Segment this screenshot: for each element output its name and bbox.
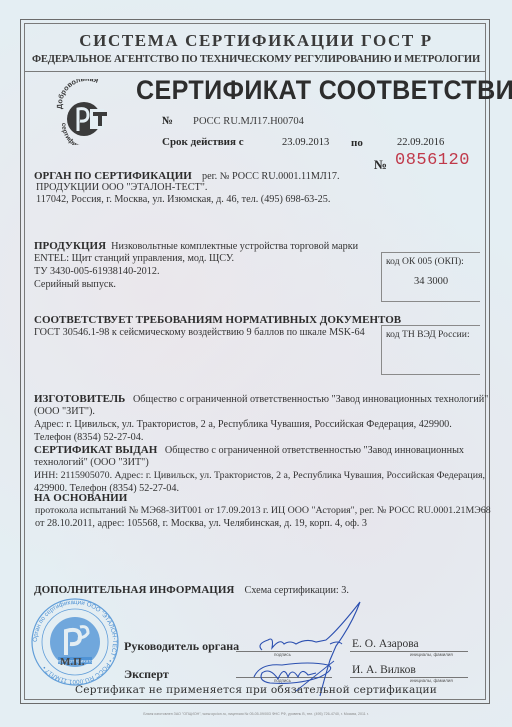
certification-body-reg: рег. № РОСС RU.0001.11МЛ17. — [202, 171, 340, 182]
rst-logo-icon: Добровольная сертификация — [54, 79, 120, 145]
certification-stamp-icon: Орган по сертификации ООО "ЭТАЛОН-ТЕСТ" … — [30, 597, 120, 687]
issued-to-line-2: технологий" (ООО "ЗИТ") — [34, 457, 149, 469]
system-title: СИСТЕМА СЕРТИФИКАЦИИ ГОСТ Р — [0, 31, 512, 51]
cert-number-label: № — [162, 115, 173, 127]
serial-label: № — [374, 157, 387, 173]
basis-line-1: протокола испытаний № МЭ68-ЗИТ001 от 17.… — [35, 505, 491, 517]
header-divider — [24, 71, 486, 72]
okp-code-box: код ОК 005 (ОКП): 34 3000 — [381, 252, 480, 302]
disclaimer-text: Сертификат не применяется при обязательн… — [0, 684, 512, 696]
serial-number: 0856120 — [395, 151, 470, 170]
basis-line-2: от 28.10.2011, адрес: 105568, г. Москва,… — [35, 518, 367, 530]
stamp-place-label: М.П. — [60, 656, 84, 668]
manufacturer-heading: ИЗГОТОВИТЕЛЬ — [34, 393, 125, 405]
issued-to-line-1: Общество с ограниченной ответственностью… — [165, 445, 464, 456]
manufacturer-address: Адрес: г. Цивильск, ул. Трактористов, 2 … — [34, 419, 452, 431]
certification-body-name: ПРОДУКЦИИ ООО "ЭТАЛОН-ТЕСТ". — [36, 182, 207, 194]
issued-to-address: ИНН: 2115905070. Адрес: г. Цивильск, ул.… — [34, 470, 485, 482]
additional-text: Схема сертификации: 3. — [245, 585, 349, 596]
valid-to: 22.09.2016 — [397, 137, 444, 148]
certification-body-address: 117042, Россия, г. Москва, ул. Изюмская,… — [36, 194, 330, 206]
valid-from: 23.09.2013 — [282, 137, 329, 148]
validity-label: Срок действия с — [162, 136, 244, 148]
additional-heading: ДОПОЛНИТЕЛЬНАЯ ИНФОРМАЦИЯ — [34, 584, 234, 596]
head-role-label: Руководитель органа — [124, 639, 239, 654]
issued-to-heading: СЕРТИФИКАТ ВЫДАН — [34, 444, 157, 456]
product-line-2: ENTEL: Щит станций управления, мод. ЩСУ. — [34, 253, 234, 265]
tnved-code-box: код ТН ВЭД России: — [381, 325, 480, 375]
product-line-4: Серийный выпуск. — [34, 279, 116, 291]
expert-role-label: Эксперт — [124, 667, 169, 682]
okp-code-value: 34 3000 — [382, 276, 480, 287]
agency-title: ФЕДЕРАЛЬНОЕ АГЕНТСТВО ПО ТЕХНИЧЕСКОМУ РЕ… — [0, 54, 512, 65]
valid-to-label: по — [351, 137, 363, 149]
manufacturer-line-1: Общество с ограниченной ответственностью… — [133, 394, 488, 405]
expert-name-caption: инициалы, фамилия — [410, 678, 453, 683]
printer-footnote: Бланк изготовлен ЗАО "ОПЦИОН", www.opcio… — [0, 712, 512, 716]
manufacturer-phone: Телефон (8354) 52-27-04. — [34, 432, 143, 444]
basis-heading: НА ОСНОВАНИИ — [34, 492, 127, 504]
cert-number: РОСС RU.МЛ17.Н00704 — [193, 116, 304, 127]
certification-body-heading: ОРГАН ПО СЕРТИФИКАЦИИ — [34, 170, 192, 182]
conformity-standard: ГОСТ 30546.1-98 к сейсмическому воздейст… — [34, 327, 365, 339]
head-name-caption: инициалы, фамилия — [410, 652, 453, 657]
product-line-3: ТУ 3430-005-61938140-2012. — [34, 266, 160, 278]
tnved-code-label: код ТН ВЭД России: — [386, 329, 470, 340]
product-line-1: Низковольтные комплектные устройства тор… — [111, 241, 358, 252]
conformity-heading: СООТВЕТСТВУЕТ ТРЕБОВАНИЯМ НОРМАТИВНЫХ ДО… — [34, 314, 401, 326]
okp-code-label: код ОК 005 (ОКП): — [386, 256, 464, 267]
manufacturer-line-2: (ООО "ЗИТ"). — [34, 406, 95, 418]
product-heading: ПРОДУКЦИЯ — [34, 240, 106, 252]
certificate-title: СЕРТИФИКАТ СООТВЕТСТВИЯ — [136, 75, 512, 106]
